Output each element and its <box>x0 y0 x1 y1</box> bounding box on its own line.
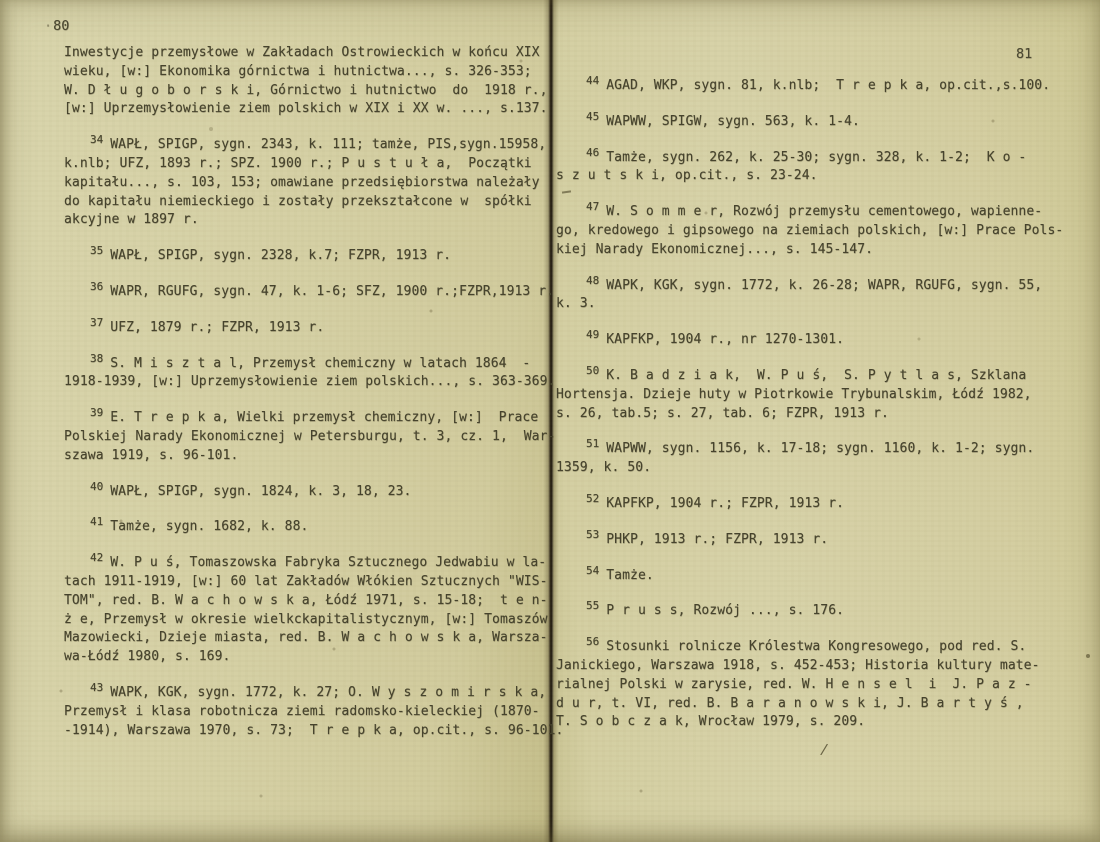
footnote-first-line: 39E. T r e p k a, Wielki przemysł chemic… <box>64 409 550 428</box>
footnote: 38S. M i s z t a l, Przemysł chemiczny w… <box>64 355 550 393</box>
footnote-number: 49 <box>586 326 599 345</box>
footnote-line: ż e, Przemysł w okresie wielkckapitalist… <box>64 611 550 630</box>
footnote-first-line: 55P r u s s, Rozwój ..., s. 176. <box>556 602 1092 621</box>
footnote-number: 42 <box>90 549 103 568</box>
footnote-first-line: 46Tamże, sygn. 262, k. 25-30; sygn. 328,… <box>556 149 1092 168</box>
stray-slash-mark: / <box>819 742 829 759</box>
footnote-line: kiej Narady Ekonomicznej..., s. 145-147. <box>556 241 1092 260</box>
footnote-number: 51 <box>586 435 599 454</box>
footnote: 39E. T r e p k a, Wielki przemysł chemic… <box>64 409 550 465</box>
footnote: 47W. S o m m e r, Rozwój przemysłu cemen… <box>556 203 1092 259</box>
footnote-first-line: 34WAPŁ, SPIGP, sygn. 2343, k. 111; tamże… <box>64 136 550 155</box>
footnote-line: s z u t s k i, op.cit., s. 23-24. <box>556 167 1092 186</box>
footnote-number: 47 <box>586 198 599 217</box>
footnote-line: k.nlb; UFZ, 1893 r.; SPZ. 1900 r.; P u s… <box>64 155 550 174</box>
footnote: 42W. P u ś, Tomaszowska Fabryka Sztuczne… <box>64 554 550 667</box>
footnote: 40WAPŁ, SPIGP, sygn. 1824, k. 3, 18, 23. <box>64 483 550 502</box>
footnote: 50K. B a d z i a k, W. P u ś, S. P y t l… <box>556 367 1092 423</box>
text-line: wieku, [w:] Ekonomika górnictwa i hutnic… <box>64 63 550 82</box>
footnote-line: k. 3. <box>556 295 1092 314</box>
footnote-number: 54 <box>586 562 599 581</box>
footnote-line: Przemysł i klasa robotnicza ziemi radoms… <box>64 703 550 722</box>
footnote-number: 45 <box>586 108 599 127</box>
footnote-number: 48 <box>586 272 599 291</box>
footnote-number: 40 <box>90 478 103 497</box>
footnote-number: 53 <box>586 526 599 545</box>
footnote: 35WAPŁ, SPIGP, sygn. 2328, k.7; FZPR, 19… <box>64 247 550 266</box>
footnote-first-line: 48WAPK, KGK, sygn. 1772, k. 26-28; WAPR,… <box>556 277 1092 296</box>
footnote-first-line: 37UFZ, 1879 r.; FZPR, 1913 r. <box>64 319 550 338</box>
footnote-first-line: 53PHKP, 1913 r.; FZPR, 1913 r. <box>556 531 1092 550</box>
right-page-text: 44AGAD, WKP, sygn. 81, k.nlb; T r e p k … <box>556 60 1092 732</box>
footnote: 41Tamże, sygn. 1682, k. 88. <box>64 518 550 537</box>
text-line: Inwestycje przemysłowe w Zakładach Ostro… <box>64 44 550 63</box>
footnote-number: 50 <box>586 362 599 381</box>
footnote-first-line: 44AGAD, WKP, sygn. 81, k.nlb; T r e p k … <box>556 77 1092 96</box>
footnote: 54Tamże. <box>556 567 1092 586</box>
footnote-first-line: 35WAPŁ, SPIGP, sygn. 2328, k.7; FZPR, 19… <box>64 247 550 266</box>
footnote-number: 36 <box>90 278 103 297</box>
text-line: [w:] Uprzemysłowienie ziem polskich w XI… <box>64 100 550 119</box>
footnote-first-line: 51WAPWW, sygn. 1156, k. 17-18; sygn. 116… <box>556 440 1092 459</box>
intro-paragraph: Inwestycje przemysłowe w Zakładach Ostro… <box>64 44 550 119</box>
left-footnotes: 34WAPŁ, SPIGP, sygn. 2343, k. 111; tamże… <box>64 136 550 740</box>
footnote-number: 43 <box>90 679 103 698</box>
footnote-line: tach 1911-1919, [w:] 60 lat Zakładów Włó… <box>64 573 550 592</box>
footnote: 34WAPŁ, SPIGP, sygn. 2343, k. 111; tamże… <box>64 136 550 230</box>
footnote: 53PHKP, 1913 r.; FZPR, 1913 r. <box>556 531 1092 550</box>
footnote: 51WAPWW, sygn. 1156, k. 17-18; sygn. 116… <box>556 440 1092 478</box>
footnote-line: s. 26, tab.5; s. 27, tab. 6; FZPR, 1913 … <box>556 405 1092 424</box>
footnote-first-line: 43WAPK, KGK, sygn. 1772, k. 27; O. W y s… <box>64 684 550 703</box>
footnote-line: szawa 1919, s. 96-101. <box>64 447 550 466</box>
footnote-number: 44 <box>586 72 599 91</box>
page-number-left: 80 <box>44 18 69 34</box>
footnote-first-line: 54Tamże. <box>556 567 1092 586</box>
footnote-first-line: 45WAPWW, SPIGW, sygn. 563, k. 1-4. <box>556 113 1092 132</box>
footnote-line: rialnej Polski w zarysie, red. W. H e n … <box>556 676 1092 695</box>
footnote-number: 52 <box>586 490 599 509</box>
footnote-first-line: 52KAPFKP, 1904 r.; FZPR, 1913 r. <box>556 495 1092 514</box>
footnote-first-line: 49KAPFKP, 1904 r., nr 1270-1301. <box>556 331 1092 350</box>
footnote: 49KAPFKP, 1904 r., nr 1270-1301. <box>556 331 1092 350</box>
footnote-number: 41 <box>90 513 103 532</box>
footnote-line: Janickiego, Warszawa 1918, s. 452-453; H… <box>556 657 1092 676</box>
footnote: 52KAPFKP, 1904 r.; FZPR, 1913 r. <box>556 495 1092 514</box>
footnote-first-line: 36WAPR, RGUFG, sygn. 47, k. 1-6; SFZ, 19… <box>64 283 550 302</box>
footnote-first-line: 47W. S o m m e r, Rozwój przemysłu cemen… <box>556 203 1092 222</box>
footnote-line: akcyjne w 1897 r. <box>64 211 550 230</box>
footnote: 36WAPR, RGUFG, sygn. 47, k. 1-6; SFZ, 19… <box>64 283 550 302</box>
footnote-first-line: 56Stosunki rolnicze Królestwa Kongresowe… <box>556 638 1092 657</box>
footnote-first-line: 42W. P u ś, Tomaszowska Fabryka Sztuczne… <box>64 554 550 573</box>
footnote-line: TOM", red. B. W a c h o w s k a, Łódź 19… <box>64 592 550 611</box>
left-page-text: Inwestycje przemysłowe w Zakładach Ostro… <box>64 44 550 740</box>
footnote-number: 39 <box>90 404 103 423</box>
footnote: 48WAPK, KGK, sygn. 1772, k. 26-28; WAPR,… <box>556 277 1092 315</box>
footnote-line: 1359, k. 50. <box>556 459 1092 478</box>
footnote: 46Tamże, sygn. 262, k. 25-30; sygn. 328,… <box>556 149 1092 187</box>
footnote-first-line: 40WAPŁ, SPIGP, sygn. 1824, k. 3, 18, 23. <box>64 483 550 502</box>
right-footnotes: 44AGAD, WKP, sygn. 81, k.nlb; T r e p k … <box>556 77 1092 732</box>
footnote-line: go, kredowego i gipsowego na ziemiach po… <box>556 222 1092 241</box>
footnote-first-line: 41Tamże, sygn. 1682, k. 88. <box>64 518 550 537</box>
footnote-line: -1914), Warszawa 1970, s. 73; T r e p k … <box>64 722 550 741</box>
footnote-first-line: 50K. B a d z i a k, W. P u ś, S. P y t l… <box>556 367 1092 386</box>
footnote-number: 56 <box>586 633 599 652</box>
footnote-line: kapitału..., s. 103, 153; omawiane przed… <box>64 174 550 193</box>
footnote-number: 55 <box>586 597 599 616</box>
footnote: 55P r u s s, Rozwój ..., s. 176. <box>556 602 1092 621</box>
text-line: W. D ł u g o b o r s k i, Górnictwo i hu… <box>64 82 550 101</box>
footnote-number: 46 <box>586 144 599 163</box>
paper-speckles <box>0 0 2 2</box>
footnote-number: 34 <box>90 131 103 150</box>
footnote-line: do kapitału niemieckiego i zostały przek… <box>64 193 550 212</box>
footnote-line: Hortensja. Dzieje huty w Piotrkowie Tryb… <box>556 386 1092 405</box>
footnote: 56Stosunki rolnicze Królestwa Kongresowe… <box>556 638 1092 732</box>
footnote-number: 35 <box>90 242 103 261</box>
footnote-number: 38 <box>90 350 103 369</box>
footnote-first-line: 38S. M i s z t a l, Przemysł chemiczny w… <box>64 355 550 374</box>
book-spread: 80 81 Inwestycje przemysłowe w Zakładach… <box>0 0 1100 842</box>
footnote-number: 37 <box>90 314 103 333</box>
footnote-line: 1918-1939, [w:] Uprzemysłowienie ziem po… <box>64 373 550 392</box>
footnote: 43WAPK, KGK, sygn. 1772, k. 27; O. W y s… <box>64 684 550 740</box>
footnote-line: Mazowiecki, Dzieje miasta, red. B. W a c… <box>64 629 550 648</box>
footnote-line: d u r, t. VI, red. B. B a r a n o w s k … <box>556 695 1092 714</box>
footnote-line: T. S o b c z a k, Wrocław 1979, s. 209. <box>556 713 1092 732</box>
footnote-line: wa-Łódź 1980, s. 169. <box>64 648 550 667</box>
footnote: 45WAPWW, SPIGW, sygn. 563, k. 1-4. <box>556 113 1092 132</box>
footnote-line: Polskiej Narady Ekonomicznej w Petersbur… <box>64 428 550 447</box>
footnote: 37UFZ, 1879 r.; FZPR, 1913 r. <box>64 319 550 338</box>
footnote: 44AGAD, WKP, sygn. 81, k.nlb; T r e p k … <box>556 77 1092 96</box>
